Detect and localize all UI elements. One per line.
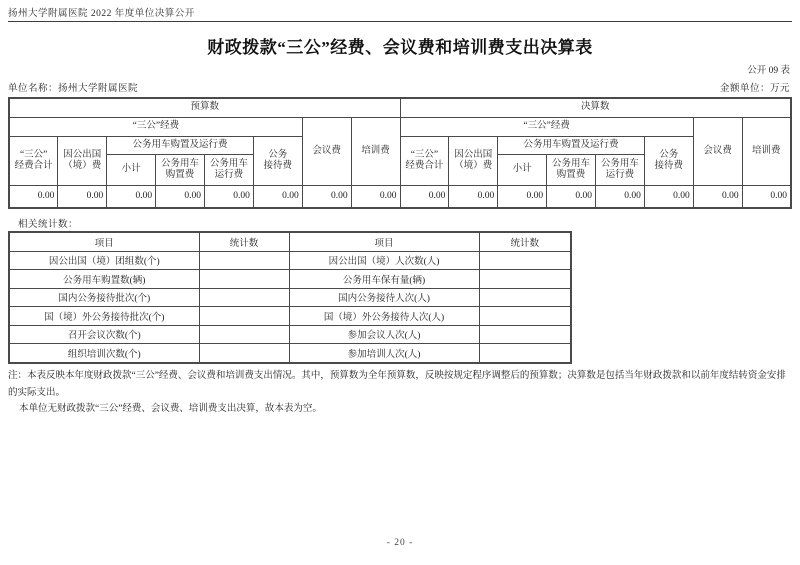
budget-training-fee-header: 培训费 — [351, 118, 400, 186]
stats-row: 公务用车购置数(辆) 公务用车保有量(辆) — [9, 270, 571, 289]
final-meeting-fee-header: 会议费 — [693, 118, 742, 186]
final-training-fee-header: 培训费 — [742, 118, 791, 186]
stats-item-label: 因公出国（境）人次数(人) — [289, 251, 479, 270]
form-number: 公开 09 表 — [747, 62, 790, 76]
stats-row: 召开会议次数(个) 参加会议人次(人) — [9, 325, 571, 344]
stats-value-cell — [199, 307, 289, 326]
stats-count-header: 统计数 — [479, 232, 571, 251]
stats-count-header: 统计数 — [199, 232, 289, 251]
related-statistics-label: 相关统计数： — [18, 216, 78, 230]
stats-item-label: 公务用车保有量(辆) — [289, 270, 479, 289]
stats-item-label: 公务用车购置数(辆) — [9, 270, 199, 289]
sangong-expense-table: 预算数 决算数 “三公”经费 会议费 培训费 “三公”经费 会议费 培训费 “三… — [8, 97, 792, 209]
stats-item-label: 国（境）外公务接待批次(个) — [9, 307, 199, 326]
budget-vehicle-purchase-header: 公务用车 购置费 — [156, 155, 205, 186]
stats-value-cell — [479, 288, 571, 307]
unit-name-label: 单位名称：扬州大学附属医院 — [8, 80, 138, 94]
amount-unit-label: 金额单位：万元 — [720, 80, 790, 94]
final-vehicle-purchase-header: 公务用车 购置费 — [547, 155, 596, 186]
stats-row: 国内公务接待批次(个) 国内公务接待人次(人) — [9, 288, 571, 307]
budget-vehicle-subtotal-header: 小计 — [107, 155, 156, 186]
stats-value-cell — [199, 325, 289, 344]
final-reception-fee-header: 公务 接待费 — [644, 137, 693, 186]
value-cell: 0.00 — [596, 186, 645, 209]
budget-vehicle-operation-header: 公务用车 运行费 — [205, 155, 254, 186]
footnotes: 注：本表反映本年度财政拨款“三公”经费、会议费和培训费支出情况。其中，预算数为全… — [8, 368, 794, 418]
stats-item-label: 参加会议人次(人) — [289, 325, 479, 344]
stats-value-cell — [199, 251, 289, 270]
budget-sangong-total-header: “三公” 经费合计 — [9, 137, 58, 186]
stats-value-cell — [199, 288, 289, 307]
note-line-1: 注：本表反映本年度财政拨款“三公”经费、会议费和培训费支出情况。其中，预算数为全… — [8, 368, 794, 401]
value-cell: 0.00 — [742, 186, 791, 209]
header-divider-line — [8, 21, 792, 22]
stats-value-cell — [479, 344, 571, 363]
related-statistics-table: 项目 统计数 项目 统计数 因公出国（境）团组数(个) 因公出国（境）人次数(人… — [8, 231, 572, 364]
value-cell: 0.00 — [156, 186, 205, 209]
stats-item-header: 项目 — [289, 232, 479, 251]
value-cell: 0.00 — [644, 186, 693, 209]
value-cell: 0.00 — [547, 186, 596, 209]
page-number: - 20 - — [0, 538, 800, 548]
stats-row: 因公出国（境）团组数(个) 因公出国（境）人次数(人) — [9, 251, 571, 270]
value-cell: 0.00 — [351, 186, 400, 209]
budget-meeting-fee-header: 会议费 — [302, 118, 351, 186]
value-cell: 0.00 — [253, 186, 302, 209]
document-header-text: 扬州大学附属医院 2022 年度单位决算公开 — [8, 5, 195, 19]
stats-row: 组织培训次数(个) 参加培训人次(人) — [9, 344, 571, 363]
stats-item-label: 因公出国（境）团组数(个) — [9, 251, 199, 270]
budget-vehicle-group-header: 公务用车购置及运行费 — [107, 137, 254, 155]
budget-reception-fee-header: 公务 接待费 — [253, 137, 302, 186]
stats-item-label: 召开会议次数(个) — [9, 325, 199, 344]
stats-item-label: 组织培训次数(个) — [9, 344, 199, 363]
stats-header-row: 项目 统计数 项目 统计数 — [9, 232, 571, 251]
budget-abroad-fee-header: 因公出国 （境）费 — [58, 137, 107, 186]
stats-item-header: 项目 — [9, 232, 199, 251]
decision-statement-page: 扬州大学附属医院 2022 年度单位决算公开 财政拨款“三公”经费、会议费和培训… — [0, 0, 800, 565]
value-cell: 0.00 — [302, 186, 351, 209]
stats-item-label: 参加培训人次(人) — [289, 344, 479, 363]
value-cell: 0.00 — [107, 186, 156, 209]
budget-sangong-group-header: “三公”经费 — [9, 118, 302, 137]
final-vehicle-group-header: 公务用车购置及运行费 — [498, 137, 645, 155]
budget-section-header: 预算数 — [9, 98, 400, 118]
stats-row: 国（境）外公务接待批次(个) 国（境）外公务接待人次(人) — [9, 307, 571, 326]
stats-value-cell — [479, 325, 571, 344]
page-title: 财政拨款“三公”经费、会议费和培训费支出决算表 — [0, 33, 800, 58]
stats-value-cell — [479, 270, 571, 289]
value-cell: 0.00 — [449, 186, 498, 209]
value-cell: 0.00 — [205, 186, 254, 209]
stats-value-cell — [199, 344, 289, 363]
value-cell: 0.00 — [498, 186, 547, 209]
final-abroad-fee-header: 因公出国 （境）费 — [449, 137, 498, 186]
value-cell: 0.00 — [693, 186, 742, 209]
final-sangong-total-header: “三公” 经费合计 — [400, 137, 449, 186]
value-cell: 0.00 — [400, 186, 449, 209]
final-vehicle-subtotal-header: 小计 — [498, 155, 547, 186]
final-vehicle-operation-header: 公务用车 运行费 — [596, 155, 645, 186]
stats-value-cell — [479, 307, 571, 326]
stats-value-cell — [479, 251, 571, 270]
stats-value-cell — [199, 270, 289, 289]
stats-item-label: 国内公务接待人次(人) — [289, 288, 479, 307]
note-line-2: 本单位无财政拨款“三公”经费、会议费、培训费支出决算，故本表为空。 — [8, 401, 794, 418]
stats-item-label: 国（境）外公务接待人次(人) — [289, 307, 479, 326]
final-section-header: 决算数 — [400, 98, 791, 118]
value-cell: 0.00 — [58, 186, 107, 209]
stats-item-label: 国内公务接待批次(个) — [9, 288, 199, 307]
final-sangong-group-header: “三公”经费 — [400, 118, 693, 137]
value-cell: 0.00 — [9, 186, 58, 209]
